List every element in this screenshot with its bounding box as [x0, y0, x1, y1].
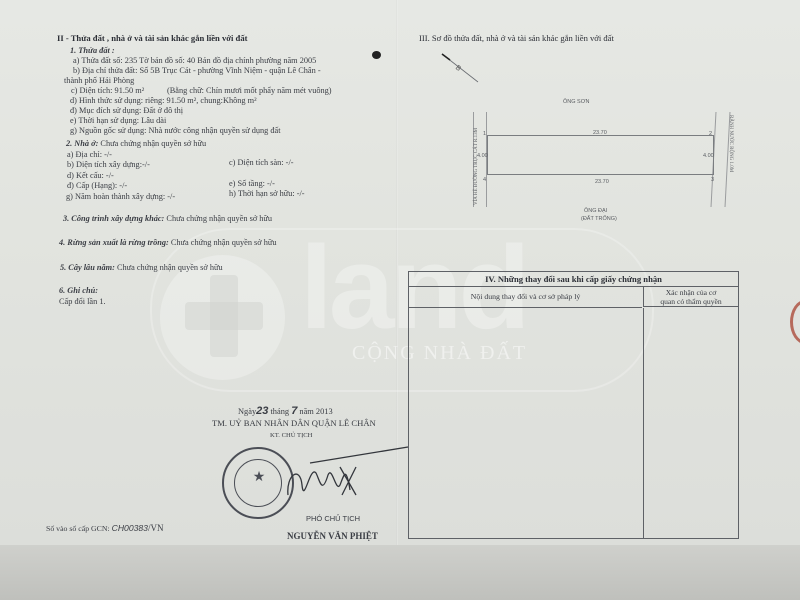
table-surface — [0, 545, 800, 600]
perennial-value: Chưa chứng nhận quyền sở hữu — [117, 263, 223, 272]
issue-month: 7 — [291, 405, 297, 417]
house-status: Chưa chứng nhận quyền sở hữu — [100, 139, 206, 148]
land-usage-form: d) Hình thức sử dụng: riêng: 91.50 m², c… — [70, 96, 257, 106]
changes-table: IV. Những thay đổi sau khi cấp giấy chứn… — [408, 271, 739, 539]
land-usage-term: e) Thời hạn sử dụng: Lâu dài — [70, 116, 166, 126]
top-length: 23.70 — [593, 128, 607, 138]
forest-heading: 4. Rừng sản xuất là rừng trồng: — [59, 238, 169, 247]
land-address: b) Địa chỉ thửa đất: Số 5B Trục Cát - ph… — [73, 66, 321, 76]
perennial-heading: 5. Cây lâu năm: — [60, 263, 115, 272]
land-area-words: (Bằng chữ: Chín mươi mốt phẩy năm mét vu… — [167, 86, 332, 96]
changes-column-header: Nội dung thay đổi và cơ sở pháp lý — [409, 287, 642, 308]
seal-emblem: ★ — [234, 459, 282, 507]
house-grade: đ) Cấp (Hạng): -/- — [67, 181, 127, 191]
section-3-title: III. Sơ đồ thửa đất, nhà ở và tài sản kh… — [419, 33, 614, 43]
registry-suffix: /VN — [148, 523, 164, 533]
north-arrow-icon: B — [440, 52, 480, 84]
corner-4: 4 — [483, 175, 486, 185]
registry-label: Số vào sổ cấp GCN: — [46, 524, 110, 533]
forest-line: 4. Rừng sản xuất là rừng trồng: Chưa chứ… — [59, 238, 277, 248]
left-width: 4.00 — [477, 151, 488, 161]
land-parcel-info: a) Thửa đất số: 235 Tờ bản đồ số: 40 Bản… — [73, 56, 316, 66]
house-floors: e) Số tầng: -/- — [229, 179, 275, 189]
note-heading: 6. Ghi chú: — [59, 286, 98, 296]
signature-scribble — [280, 445, 410, 515]
note-value: Cấp đổi lần 1. — [59, 297, 106, 307]
confirmation-header-line-1: Xác nhận của cơ — [644, 288, 738, 297]
land-area: c) Diện tích: 91.50 m² — [71, 86, 144, 96]
house-ownership-term: h) Thời hạn sở hữu: -/- — [229, 189, 305, 199]
issue-day: 23 — [256, 405, 268, 417]
corner-2: 2 — [709, 129, 712, 139]
top-neighbor: ÔNG SƠN — [563, 97, 589, 107]
house-build-area: b) Diện tích xây dựng:-/- — [67, 160, 150, 170]
house-completion-year: g) Năm hoàn thành xây dựng: -/- — [66, 192, 175, 202]
star-icon: ★ — [235, 469, 283, 486]
other-construction-line: 3. Công trình xây dựng khác: Chưa chứng … — [63, 214, 272, 224]
month-label: tháng — [270, 407, 289, 416]
forest-value: Chưa chứng nhận quyền sở hữu — [171, 238, 277, 247]
land-plot-outline — [487, 135, 714, 175]
house-address: a) Địa chỉ: -/- — [67, 150, 112, 160]
right-width: 4.00 — [703, 151, 714, 161]
issue-date: Ngày23 tháng 7 năm 2013 — [238, 406, 333, 417]
land-address-cont: thành phố Hải Phòng — [64, 76, 134, 86]
watermark-plus-icon-vertical — [210, 275, 238, 357]
other-construction-value: Chưa chứng nhận quyền sở hữu — [166, 214, 272, 223]
year-label: năm 2013 — [299, 407, 332, 416]
other-construction-heading: 3. Công trình xây dựng khác: — [63, 214, 164, 223]
date-prefix: Ngày — [238, 407, 256, 416]
hole-punch-icon — [372, 51, 381, 59]
confirmation-column-header: Xác nhận của cơ quan có thẩm quyền — [643, 287, 738, 307]
corner-3: 3 — [711, 175, 714, 185]
registry-number: CH00383 — [112, 523, 148, 533]
house-heading-line: 2. Nhà ở: Chưa chứng nhận quyền sở hữu — [66, 139, 206, 149]
signer-name: NGUYỄN VĂN PHIỆT — [287, 531, 378, 541]
registry-line: Số vào sổ cấp GCN: CH00383/VN — [46, 523, 163, 534]
perennial-line: 5. Cây lâu năm: Chưa chứng nhận quyền sở… — [60, 263, 223, 273]
signer-title: PHÓ CHỦ TỊCH — [306, 514, 360, 524]
bottom-length: 23.70 — [595, 177, 609, 187]
land-usage-purpose: đ) Mục đích sử dụng: Đất ở đô thị — [70, 106, 183, 116]
table-column-divider — [643, 308, 644, 538]
signer-role: KT. CHỦ TỊCH — [270, 431, 312, 441]
house-heading: 2. Nhà ở: — [66, 139, 98, 148]
house-structure: d) Kết cấu: -/- — [67, 171, 114, 181]
section-4-title: IV. Những thay đổi sau khi cấp giấy chứn… — [409, 272, 738, 287]
left-road-label: VỈA HÈ ĐƯỜNG TRỤC CÁT R.13M — [474, 128, 479, 205]
house-floor-area: c) Diện tích sàn: -/- — [229, 158, 294, 168]
land-heading: 1. Thửa đất : — [70, 46, 115, 56]
bottom-neighbor-note: (ĐẤT TRỐNG) — [581, 214, 617, 224]
right-road-label: RÃNH NƯỚC RỘNG 1.0M — [728, 115, 733, 172]
section-2-title: II - Thửa đất , nhà ở và tài sản khác gắ… — [57, 33, 248, 43]
issuing-authority: TM. UỶ BAN NHÂN DÂN QUẬN LÊ CHÂN — [212, 418, 376, 428]
corner-1: 1 — [483, 129, 486, 139]
land-usage-origin: g) Nguồn gốc sử dụng: Nhà nước công nhận… — [70, 126, 281, 136]
confirmation-header-line-2: quan có thẩm quyền — [644, 297, 738, 306]
